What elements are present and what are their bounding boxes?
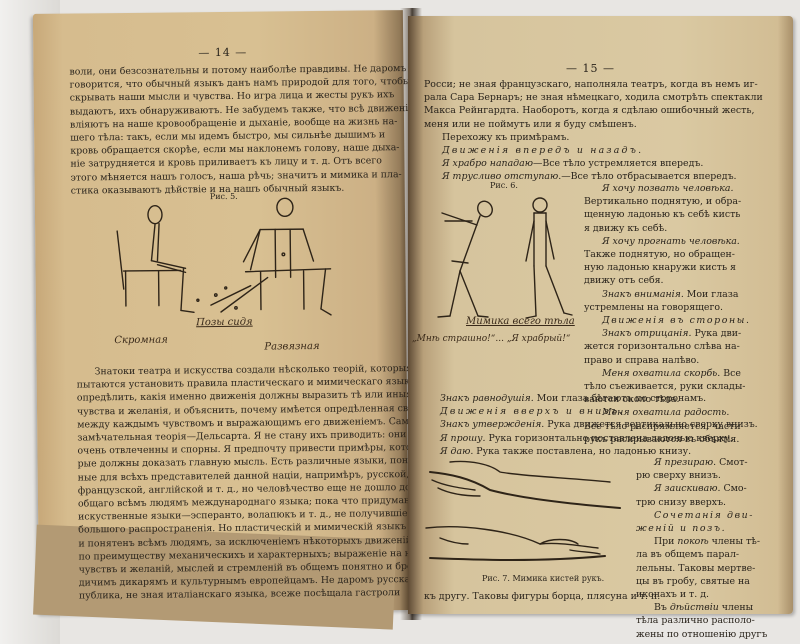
italic-phrase: Я заискиваю. [654,483,720,494]
text-segment: Мои глаза бѣгаютъ по сторонамъ. [534,393,706,404]
text-line: Росси; не зная французскаго, наполняла т… [424,78,763,91]
text-line: я движу къ себѣ. [584,222,751,235]
text-line: устремлены на говорящего. [584,301,751,314]
text-line: трю снизу вверхъ. [636,496,767,509]
italic-phrase: Я прошу. [440,433,486,444]
page-number-right: — 15 — [566,62,615,75]
figure-5-label-left: Скромная [114,335,168,347]
text-line: лельны. Таковы мертве- [636,562,767,575]
text-line: Также поднятую, но обращен- [584,248,751,261]
text-line: При покоѣ члены тѣ- [636,535,767,548]
open-book: — 14 — воли, они безсознательны и потому… [28,8,798,633]
text-line: движу отъ себя. [584,274,751,287]
italic-phrase: Знакъ вниманія. [602,289,684,300]
italic-phrase: Знакъ равнодушія. [440,393,534,404]
text-line: Я заискиваю. Смо- [636,482,767,495]
text-segment: члены [719,602,753,613]
text-line: ную ладонью кнаружи кисть я [584,261,751,274]
text-line: меня или не поймутъ или я буду смѣшенъ. [424,118,763,131]
italic-phrase: Я презираю. [654,457,716,468]
text-line: Я хочу позвать человѣка. [584,182,751,195]
text-line: Я хочу прогнать человѣка. [584,235,751,248]
text-segment: Въ [654,602,670,613]
text-segment: При [654,536,677,547]
text-segment: Мои глаза [684,289,739,300]
left-body-paragraph: Знатоки театра и искусства создали нѣско… [77,362,436,603]
text-line: къ другу. Таковы фигуры борца, плясуна и… [424,590,660,603]
text-line: тѣла различно располо- [636,614,767,627]
text-line: Меня охватила скорбь. Все [584,367,751,380]
figure-5-handwritten-title: Позы сидя [196,317,253,329]
italic-phrase: Меня охватила скорбь. [602,368,720,379]
text-line: стика оказываютъ дѣйствіе и на нашъ обыч… [71,181,415,198]
section-heading: Движенія впередъ и назадъ. [424,144,763,157]
transition-line: Перехожу къ примѣрамъ. [424,131,763,144]
figure-7-caption: Рис. 7. Мимика кистей рукъ. [482,574,604,583]
text-segment: Смо- [720,483,746,494]
section-heading: Движенія вверхъ и внизъ. [440,405,758,418]
italic-phrase: Знакъ утвержденія. [440,419,544,430]
page-number-left: — 14 — [198,46,247,60]
section-heading: Сочетанія дви- [636,509,767,522]
text-line: рала Сара Бернаръ; не зная нѣмецкаго, хо… [424,91,763,104]
text-line: Знакъ вниманія. Мои глаза [584,288,751,301]
text-line: Я презираю. Смот- [636,456,767,469]
text-segment: Все [720,368,741,379]
italic-phrase: покоѣ [677,536,708,547]
text-line: жены по отношенію другъ [636,628,767,641]
text-line: Знакъ утвержденія. Рука движется вертика… [440,418,758,431]
right-lower-column: Я презираю. Смот- рю сверху внизъ. Я заи… [636,456,767,641]
left-top-paragraph: воли, они безсознательны и потому наибол… [69,62,415,198]
right-middle-lines: Знакъ равнодушія. Мои глаза бѣгаютъ по с… [440,392,758,458]
figure-5-seated-figures [85,199,346,322]
text-line: Въ дѣйствіи члены [636,601,767,614]
right-top-paragraph: Росси; не зная французскаго, наполняла т… [424,78,763,184]
section-heading: Движенія въ стороны. [584,314,751,327]
text-line: Макса Рейнгардта. Наоборотъ, когда я сдѣ… [424,104,763,117]
text-line: Знакъ отрицанія. Рука дви- [584,327,751,340]
text-line: жется горизонтально слѣва на- [584,340,751,353]
italic-phrase: Я храбро нападаю [442,158,533,169]
italic-phrase: дѣйствіи [670,602,719,613]
text-segment: Рука дви- [692,328,742,339]
figure-6-body-mimicry [430,191,590,321]
text-line: Я прошу. Рука горизонтально поставлена л… [440,432,758,445]
figure-6-handwritten-title: Мимика всего тѣла [466,316,575,327]
text-line: право и справа налѣво. [584,354,751,367]
figure-5-label-right: Развязная [264,341,319,353]
text-line: щенную ладонью къ себѣ кисть [584,208,751,221]
text-line: Вертикально поднятую, и обра- [584,195,751,208]
section-heading: женій и позъ. [636,522,767,535]
text-segment: —Все тѣло устремляется впередъ. [533,158,703,169]
text-line: Знакъ равнодушія. Мои глаза бѣгаютъ по с… [440,392,758,405]
text-line: рю сверху внизъ. [636,469,767,482]
text-line: Я храбро нападаю—Все тѣло устремляется в… [424,157,763,170]
text-segment: Рука движется вертикально сверху внизъ. [544,419,757,430]
text-line: ла въ общемъ парал- [636,548,767,561]
text-line: цы въ гробу, святые на [636,575,767,588]
italic-phrase: Знакъ отрицанія. [602,328,692,339]
left-page: — 14 — воли, они безсознательны и потому… [33,10,409,614]
figure-6-handwritten-quotes: „Мнѣ страшно!“... „Я храбрый!“ [412,334,570,344]
right-last-line: къ другу. Таковы фигуры борца, плясуна и… [424,590,660,603]
right-page: — 15 — Росси; не зная французскаго, напо… [408,16,793,614]
text-segment: Смот- [716,457,747,468]
italic-phrase: Я даю. [440,446,473,457]
figure-6-caption: Рис. 6. [490,181,518,190]
text-segment: члены тѣ- [709,536,760,547]
figure-7-hand-gestures [420,458,630,568]
text-segment: .—Все тѣло отбрасывается впередъ. [558,171,736,182]
text-segment: Рука горизонтально поставлена ладонью кв… [486,433,733,444]
